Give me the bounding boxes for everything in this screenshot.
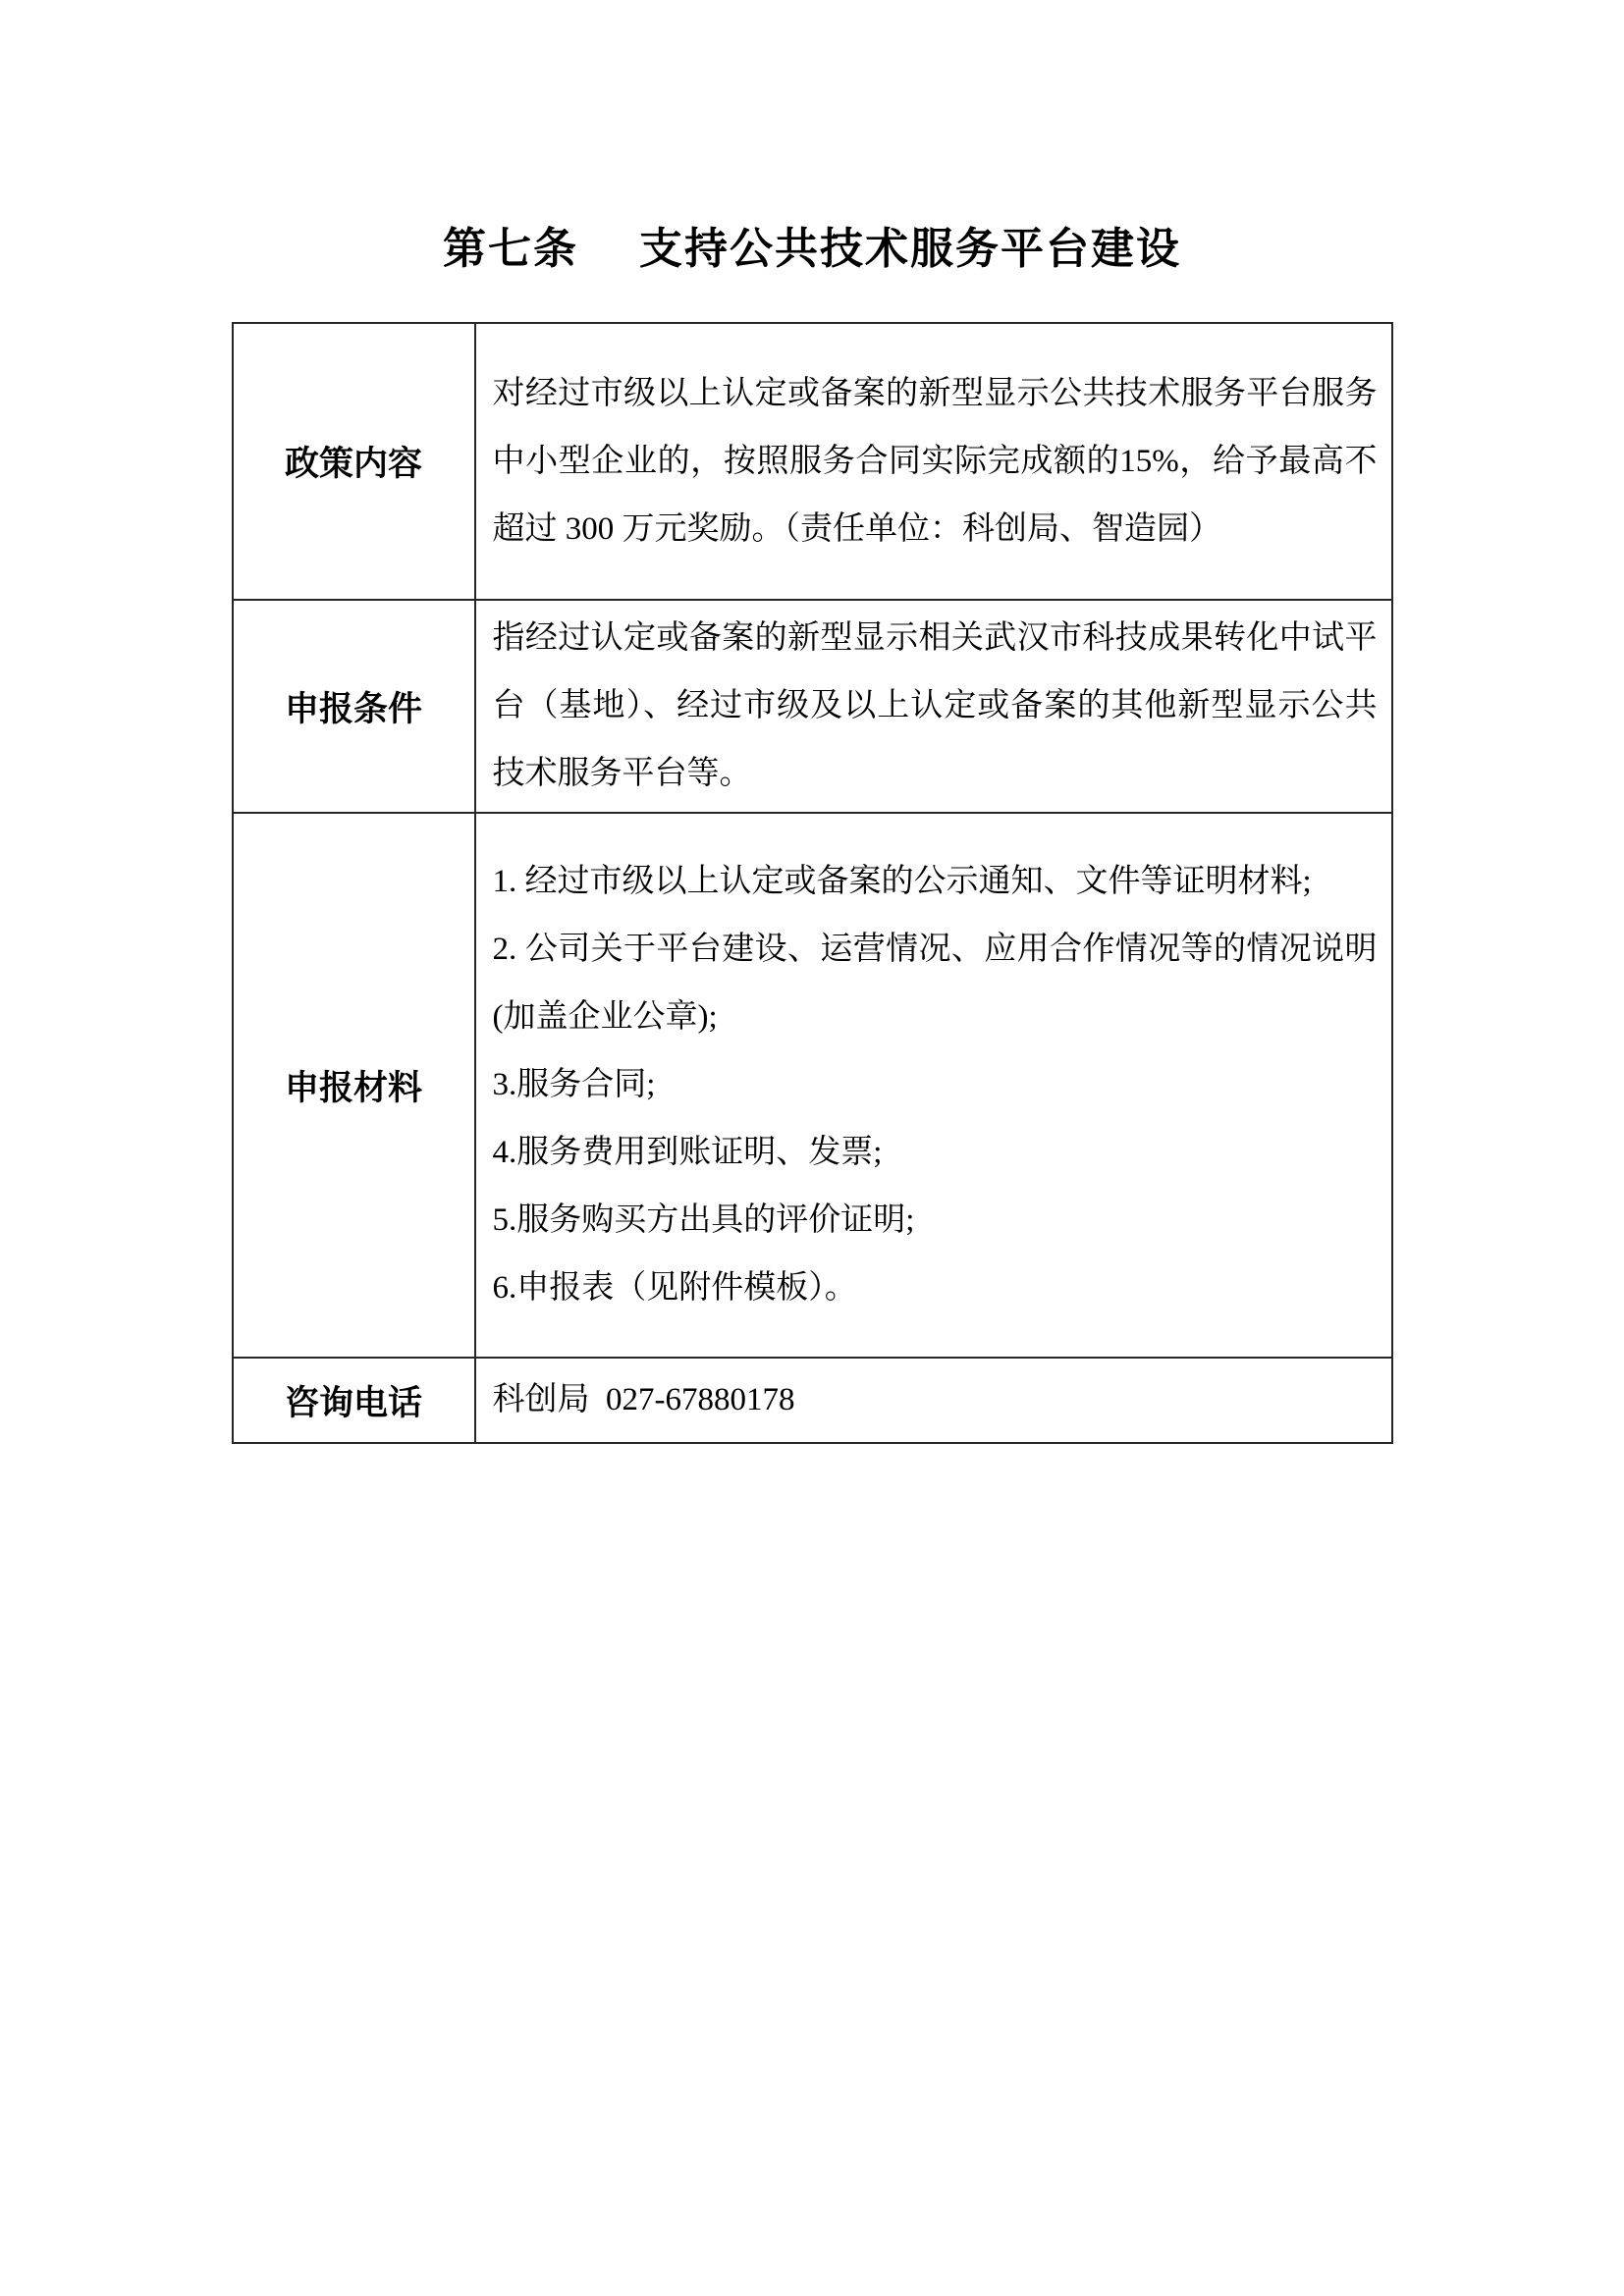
material-item-1: 1. 经过市级以上认定或备案的公示通知、文件等证明材料; xyxy=(493,848,1378,916)
material-item-4: 4.服务费用到账证明、发票; xyxy=(493,1119,1378,1187)
material-item-6: 6.申报表（见附件模板）。 xyxy=(493,1255,1378,1322)
table-row-application-materials: 申报材料 1. 经过市级以上认定或备案的公示通知、文件等证明材料; 2. 公司关… xyxy=(233,813,1392,1358)
row-label-contact-phone: 咨询电话 xyxy=(233,1358,475,1443)
policy-table: 政策内容 对经过市级以上认定或备案的新型显示公共技术服务平台服务中小型企业的，按… xyxy=(232,322,1393,1444)
page-title: 第七条支持公共技术服务平台建设 xyxy=(0,220,1624,279)
table-row-contact-phone: 咨询电话 科创局 027-67880178 xyxy=(233,1358,1392,1443)
row-content-application-materials: 1. 经过市级以上认定或备案的公示通知、文件等证明材料; 2. 公司关于平台建设… xyxy=(475,813,1392,1358)
table-row-policy-content: 政策内容 对经过市级以上认定或备案的新型显示公共技术服务平台服务中小型企业的，按… xyxy=(233,323,1392,600)
row-label-application-criteria: 申报条件 xyxy=(233,600,475,813)
title-text: 支持公共技术服务平台建设 xyxy=(639,225,1181,273)
row-content-application-criteria: 指经过认定或备案的新型显示相关武汉市科技成果转化中试平台（基地）、经过市级及以上… xyxy=(475,600,1392,813)
row-content-contact-phone: 科创局 027-67880178 xyxy=(475,1358,1392,1443)
document-page: 第七条支持公共技术服务平台建设 政策内容 对经过市级以上认定或备案的新型显示公共… xyxy=(0,0,1624,2296)
row-content-policy-content: 对经过市级以上认定或备案的新型显示公共技术服务平台服务中小型企业的，按照服务合同… xyxy=(475,323,1392,600)
row-label-policy-content: 政策内容 xyxy=(233,323,475,600)
row-label-application-materials: 申报材料 xyxy=(233,813,475,1358)
title-article-number: 第七条 xyxy=(443,225,578,273)
material-item-3: 3.服务合同; xyxy=(493,1051,1378,1119)
material-item-2: 2. 公司关于平台建设、运营情况、应用合作情况等的情况说明(加盖企业公章); xyxy=(493,916,1378,1051)
table-row-application-criteria: 申报条件 指经过认定或备案的新型显示相关武汉市科技成果转化中试平台（基地）、经过… xyxy=(233,600,1392,813)
material-item-5: 5.服务购买方出具的评价证明; xyxy=(493,1187,1378,1255)
